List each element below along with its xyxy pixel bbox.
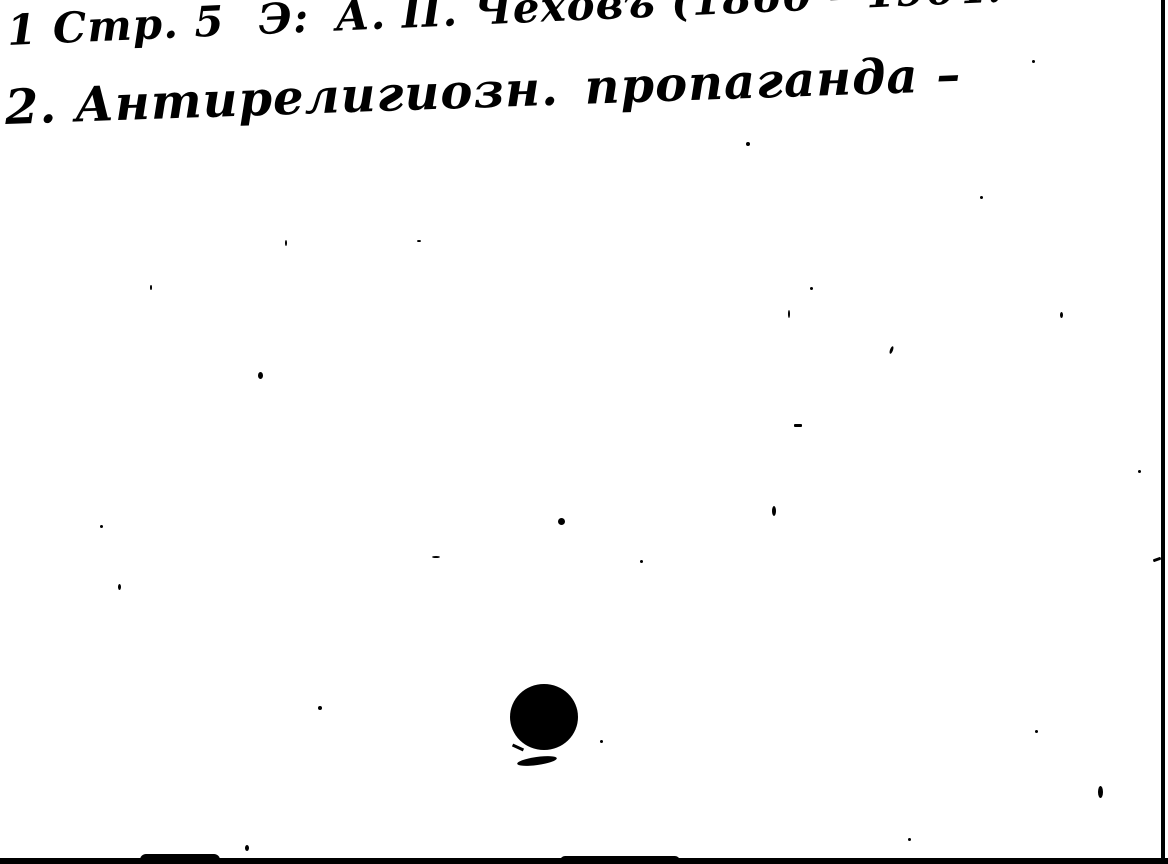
speck xyxy=(640,560,643,563)
hole-punch xyxy=(510,684,578,750)
speck xyxy=(558,518,565,525)
author-entry: А. П. Чеховъ (1860 – 1904. xyxy=(334,0,1003,41)
speck xyxy=(417,240,421,242)
speck xyxy=(772,506,776,516)
handwritten-line-1: 1 Стр. 5Э:А. П. Чеховъ (1860 – 1904. xyxy=(6,0,1003,55)
speck xyxy=(1035,730,1038,733)
speck xyxy=(258,372,263,379)
speck xyxy=(118,584,121,590)
speck xyxy=(1098,786,1103,798)
speck xyxy=(318,706,322,710)
hole-punch-shadow xyxy=(512,744,524,752)
edge-shadow xyxy=(140,854,220,864)
speck xyxy=(1138,470,1141,473)
speck xyxy=(600,740,603,743)
speck xyxy=(1153,557,1162,563)
hole-punch-shadow xyxy=(517,754,558,767)
speck xyxy=(908,838,911,841)
catalog-card: 1 Стр. 5Э:А. П. Чеховъ (1860 – 1904. 2. … xyxy=(0,0,1168,864)
speck xyxy=(889,346,895,355)
speck xyxy=(1032,60,1035,63)
edge-shadow xyxy=(560,856,680,864)
speck xyxy=(746,142,750,146)
speck xyxy=(100,525,103,528)
page-reference: 1 Стр. 5 xyxy=(6,0,225,55)
card-edge-bottom xyxy=(0,858,1168,864)
handwritten-line-2: 2. Антирелигиозн.пропаганда – xyxy=(4,47,962,136)
speck xyxy=(810,287,813,290)
card-edge-right xyxy=(1161,0,1165,864)
speck xyxy=(788,310,790,318)
speck xyxy=(150,285,152,290)
speck xyxy=(432,556,440,558)
speck xyxy=(980,196,983,199)
speck xyxy=(285,240,287,246)
subject-entry: 2. Антирелигиозн. xyxy=(4,61,560,136)
section-marker: Э: xyxy=(257,0,310,44)
speck xyxy=(794,424,802,427)
speck xyxy=(1060,312,1063,318)
subject-entry-continued: пропаганда – xyxy=(584,47,962,116)
speck xyxy=(245,845,249,851)
